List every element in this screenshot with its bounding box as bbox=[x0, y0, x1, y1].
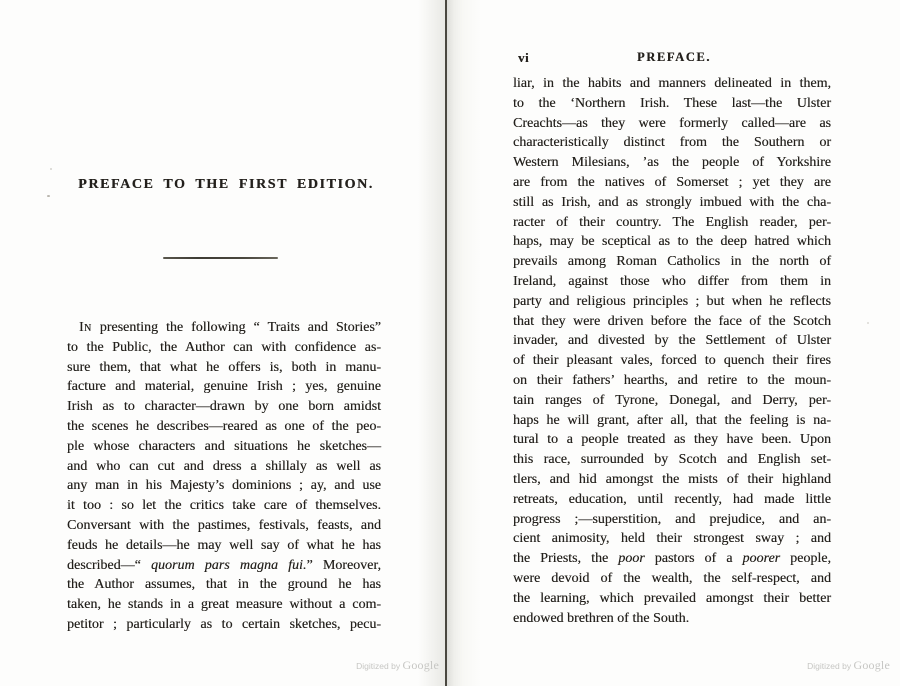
left-page-lines: In presenting the following “ Traits and… bbox=[67, 318, 381, 635]
text-line: still as Irish, and as strongly imbued w… bbox=[513, 193, 831, 213]
text-line: the Author assumes, that in the ground h… bbox=[67, 575, 381, 595]
text-line: Western Milesians, ’as the people of Yor… bbox=[513, 153, 831, 173]
right-page: vi PREFACE. liar, in the habits and mann… bbox=[447, 0, 900, 686]
watermark-left: Digitized by Google bbox=[356, 658, 439, 673]
google-logo: Google bbox=[402, 658, 439, 672]
text-line: of their pleasant vales, forced to quenc… bbox=[513, 351, 831, 371]
running-head: PREFACE. bbox=[637, 50, 711, 65]
text-line: the scenes he describes—reared as one of… bbox=[67, 417, 381, 437]
text-line: that they were driven before the face of… bbox=[513, 312, 831, 332]
text-line: it too : so let the critics take care of… bbox=[67, 496, 381, 516]
watermark-right: Digitized by Google bbox=[807, 658, 890, 673]
text-line: ple whose characters and situations he s… bbox=[67, 437, 381, 457]
text-line: feuds he details—he may well say of what… bbox=[67, 536, 381, 556]
text-line: Ireland, against those who differ from t… bbox=[513, 272, 831, 292]
text-line: haps he will grant, after all, that the … bbox=[513, 411, 831, 431]
text-line: to the ‘Northern Irish. These last—the U… bbox=[513, 94, 831, 114]
watermark-text: Digitized by bbox=[356, 661, 402, 671]
text-line: described—“ quorum pars magna fui.” More… bbox=[67, 556, 381, 576]
text-line: petitor ; particularly as to certain ske… bbox=[67, 615, 381, 635]
text-line: retreats, education, until recently, had… bbox=[513, 490, 831, 510]
text-line: are from the natives of Somerset ; yet t… bbox=[513, 173, 831, 193]
text-line: Creachts—as they were formerly called—ar… bbox=[513, 114, 831, 134]
text-line: taken, he stands in a great measure with… bbox=[67, 595, 381, 615]
text-line: to the Public, the Author can with confi… bbox=[67, 338, 381, 358]
text-line: tain ranges of Tyrone, Donegal, and Derr… bbox=[513, 391, 831, 411]
text-line: characteristically distinct from the Sou… bbox=[513, 133, 831, 153]
text-line: on their fathers’ hearths, and retire to… bbox=[513, 371, 831, 391]
text-line: In presenting the following “ Traits and… bbox=[67, 318, 381, 338]
scan-artifact bbox=[515, 244, 532, 246]
text-line: progress ;—superstition, and prejudice, … bbox=[513, 510, 831, 530]
text-line: invader, and divested by the Settlement … bbox=[513, 331, 831, 351]
text-line: liar, in the habits and manners delineat… bbox=[513, 74, 831, 94]
text-line: Irish as to character—drawn by one born … bbox=[67, 397, 381, 417]
scan-artifact bbox=[50, 168, 52, 170]
page-number: vi bbox=[518, 50, 529, 66]
text-line: Conversant with the pastimes, festivals,… bbox=[67, 516, 381, 536]
right-page-lines: liar, in the habits and manners delineat… bbox=[513, 74, 831, 628]
text-line: and who can cut and dress a shillaly as … bbox=[67, 457, 381, 477]
watermark-text: Digitized by bbox=[807, 661, 853, 671]
text-line: racter of their country. The English rea… bbox=[513, 213, 831, 233]
text-line: sure them, that what he offers is, both … bbox=[67, 358, 381, 378]
text-line: tlers, and hid amongst the mists of thei… bbox=[513, 470, 831, 490]
page-heading: PREFACE TO THE FIRST EDITION. bbox=[78, 177, 374, 193]
text-line: facture and material, genuine Irish ; ye… bbox=[67, 377, 381, 397]
text-line: the Priests, the poor pastors of a poore… bbox=[513, 549, 831, 569]
text-line: this race, surrounded by Scotch and Engl… bbox=[513, 450, 831, 470]
text-line: endowed brethren of the South. bbox=[513, 609, 831, 629]
text-line: prevails among Roman Catholics in the no… bbox=[513, 252, 831, 272]
scan-artifact bbox=[867, 322, 869, 324]
section-rule bbox=[163, 257, 278, 259]
google-logo: Google bbox=[853, 658, 890, 672]
text-line: party and religious principles ; but whe… bbox=[513, 292, 831, 312]
text-line: haps, may be sceptical as to the deep ha… bbox=[513, 232, 831, 252]
scan-artifact bbox=[47, 195, 50, 197]
text-line: cient animosity, held their strongest sw… bbox=[513, 529, 831, 549]
left-page: PREFACE TO THE FIRST EDITION. In present… bbox=[0, 0, 445, 686]
text-line: were devoid of the wealth, the self-resp… bbox=[513, 569, 831, 589]
text-line: any man in his Majesty’s dominions ; ay,… bbox=[67, 476, 381, 496]
text-line: tural to a people treated as they have b… bbox=[513, 430, 831, 450]
text-line: the learning, which prevailed amongst th… bbox=[513, 589, 831, 609]
